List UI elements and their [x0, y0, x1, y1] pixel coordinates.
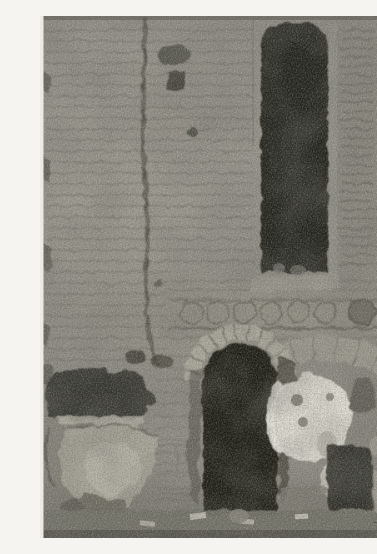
edge-left-border [40, 16, 44, 538]
photo-grain [40, 16, 377, 538]
ruin-photo-canvas: —41 [40, 16, 377, 538]
grain-light-layer [40, 16, 377, 538]
photograph: —41 [40, 16, 377, 538]
plate-number-mark: —41 [373, 516, 377, 528]
edge-top [40, 16, 377, 20]
